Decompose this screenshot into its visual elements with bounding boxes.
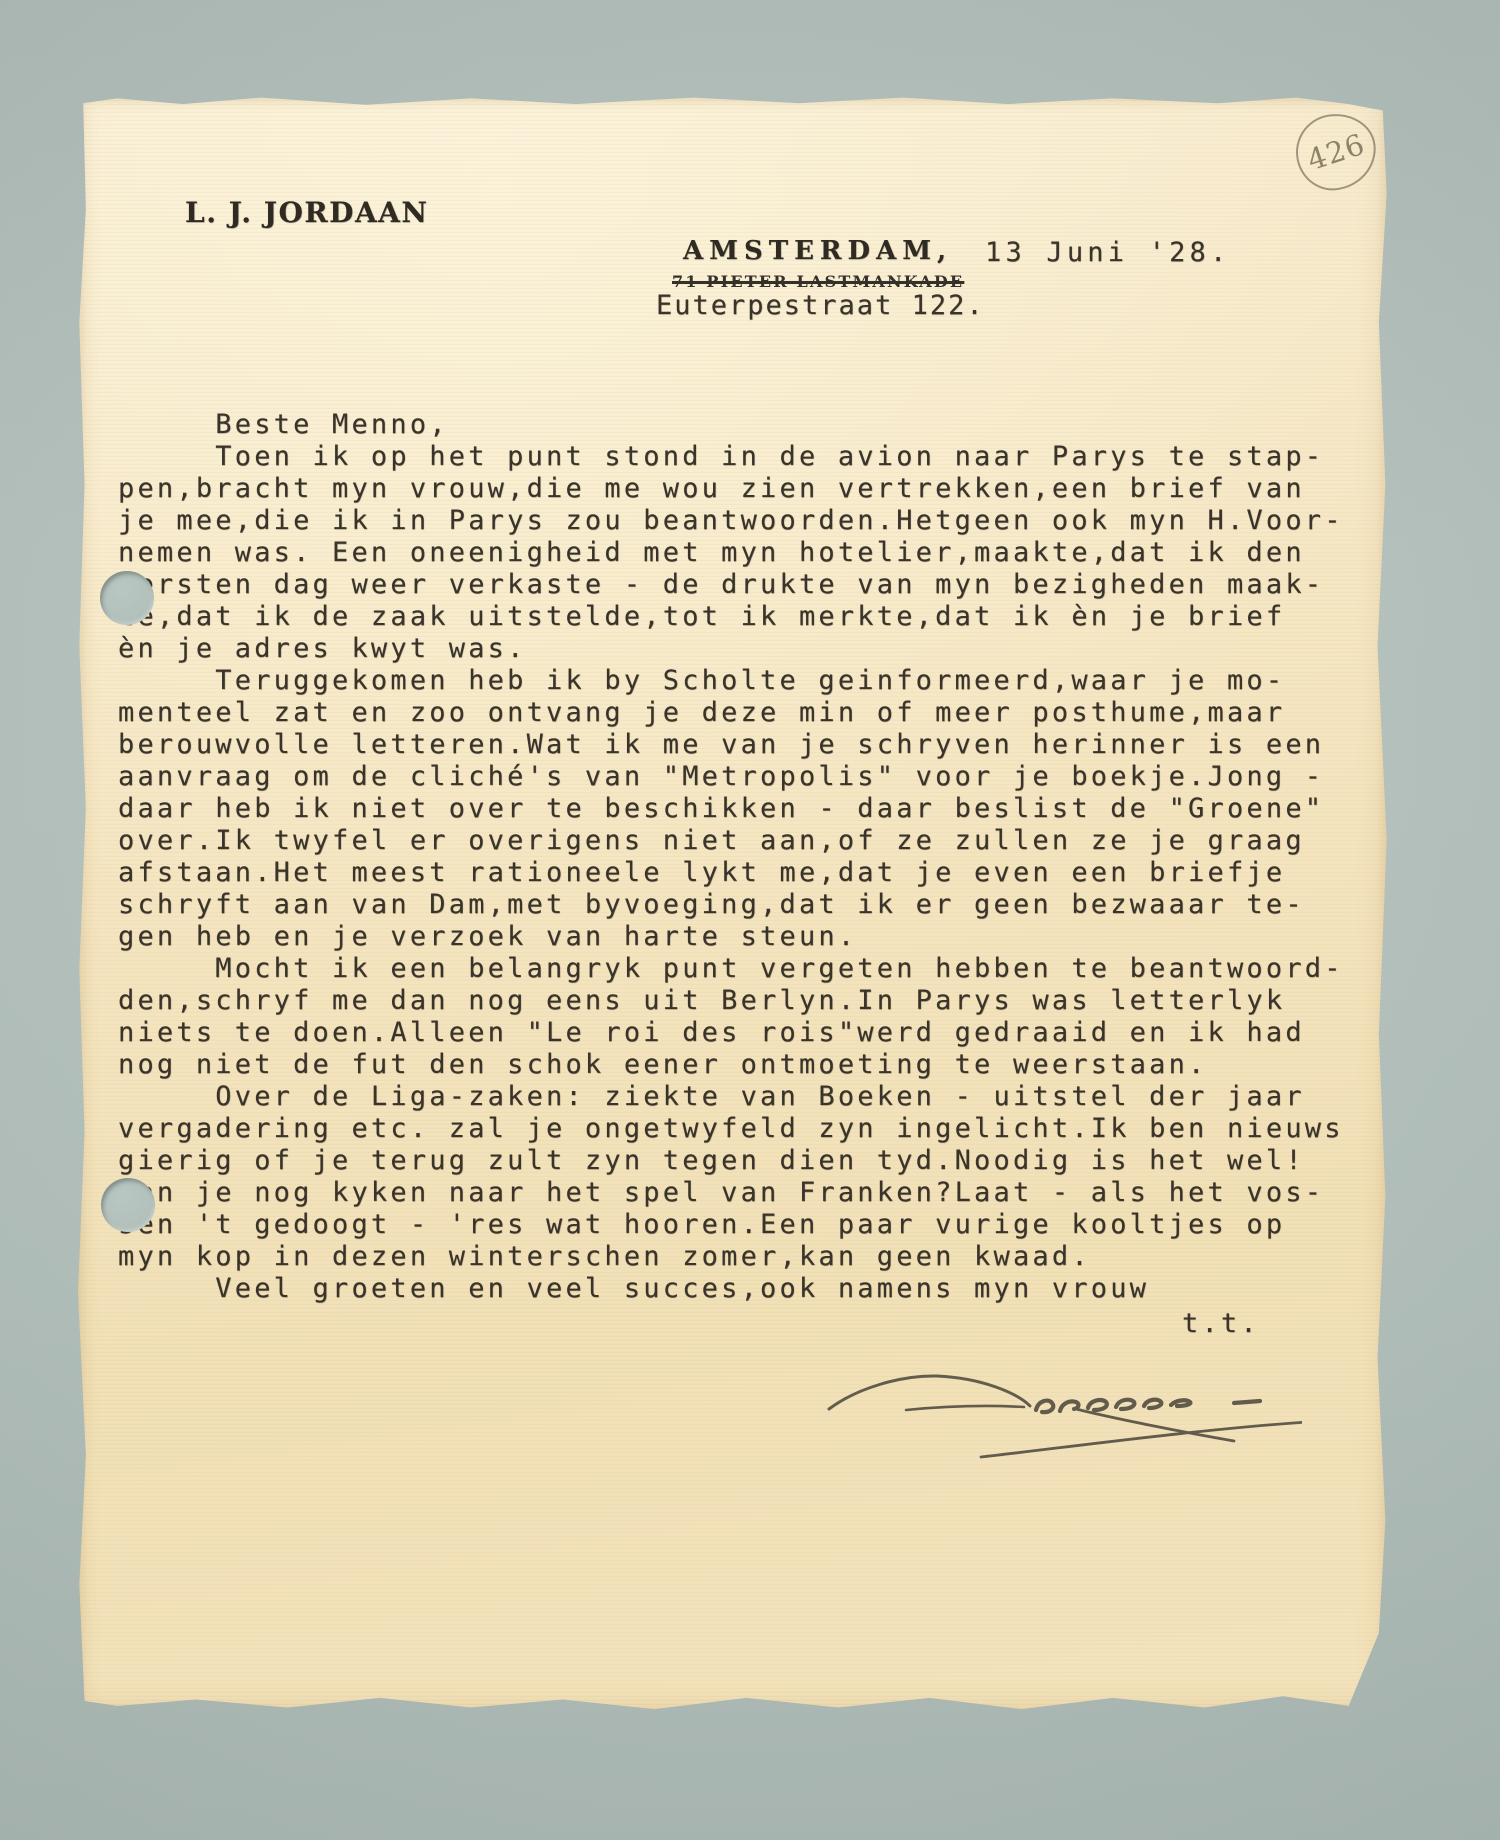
- letter-line: gierig of je terug zult zyn tegen dien t…: [118, 1145, 1344, 1177]
- letter-paper: 426 L. J. JORDAAN AMSTERDAM, 13 Juni '28…: [78, 96, 1388, 1714]
- letter-line: daar heb ik niet over te beschikken - da…: [118, 793, 1344, 825]
- letter-line: Kan je nog kyken naar het spel van Frank…: [118, 1177, 1344, 1209]
- signature-scrawl: [822, 1368, 1302, 1468]
- letter-line: te,dat ik de zaak uitstelde,tot ik merkt…: [118, 601, 1344, 633]
- letterhead-sender-name: L. J. JORDAAN: [185, 196, 429, 229]
- letter-line: eersten dag weer verkaste - de drukte va…: [118, 569, 1344, 601]
- letter-line: Over de Liga-zaken: ziekte van Boeken - …: [118, 1081, 1344, 1113]
- letter-line: berouwvolle letteren.Wat ik me van je sc…: [118, 729, 1344, 761]
- letter-line: Beste Menno,: [118, 409, 1344, 441]
- punch-hole-top: [100, 571, 154, 625]
- archive-number-annotation: 426: [1292, 110, 1380, 194]
- letter-line: vergadering etc. zal je ongetwyfeld zyn …: [118, 1113, 1344, 1145]
- letter-body: Beste Menno, Toen ik op het punt stond i…: [118, 409, 1344, 1305]
- letter-line: schryft aan van Dam,met byvoeging,dat ik…: [118, 889, 1344, 921]
- archive-number: 426: [1303, 127, 1369, 177]
- letter-line: menteel zat en zoo ontvang je deze min o…: [118, 697, 1344, 729]
- letter-line: Teruggekomen heb ik by Scholte geinforme…: [118, 665, 1344, 697]
- letter-line: je mee,die ik in Parys zou beantwoorden.…: [118, 505, 1344, 537]
- letter-line: gen heb en je verzoek van harte steun.: [118, 921, 1344, 953]
- letter-line: pen,bracht myn vrouw,die me wou zien ver…: [118, 473, 1344, 505]
- letter-line: èn je adres kwyt was.: [118, 633, 1344, 665]
- letter-line: aanvraag om de cliché's van "Metropolis"…: [118, 761, 1344, 793]
- letter-line: nemen was. Een oneenigheid met myn hotel…: [118, 537, 1344, 569]
- letterhead-city: AMSTERDAM,: [683, 236, 952, 266]
- letter-line: Toen ik op het punt stond in de avion na…: [118, 441, 1344, 473]
- letter-line: Veel groeten en veel succes,ook namens m…: [118, 1273, 1344, 1305]
- letter-line: den,schryf me dan nog eens uit Berlyn.In…: [118, 985, 1344, 1017]
- letter-line: afstaan.Het meest rationeele lykt me,dat…: [118, 857, 1344, 889]
- letterhead-date: 13 Juni '28.: [985, 237, 1230, 268]
- letter-line: over.Ik twyfel er overigens niet aan,of …: [118, 825, 1344, 857]
- letter-line: myn kop in dezen winterschen zomer,kan g…: [118, 1241, 1344, 1273]
- letter-line: Mocht ik een belangryk punt vergeten heb…: [118, 953, 1344, 985]
- crossed-out-address: 71 PIETER LASTMANKADE: [672, 272, 964, 291]
- letter-line: niets te doen.Alleen "Le roi des rois"we…: [118, 1017, 1344, 1049]
- letter-line: sen 't gedoogt - 'res wat hooren.Een paa…: [118, 1209, 1344, 1241]
- punch-hole-bottom: [101, 1178, 155, 1232]
- closing-initials: t.t.: [1182, 1308, 1260, 1340]
- scanned-letter-page: { "archive_annotation": { "number": "426…: [0, 0, 1500, 1840]
- letter-line: nog niet de fut den schok eener ontmoeti…: [118, 1049, 1344, 1081]
- typed-address: Euterpestraat 122.: [656, 290, 985, 321]
